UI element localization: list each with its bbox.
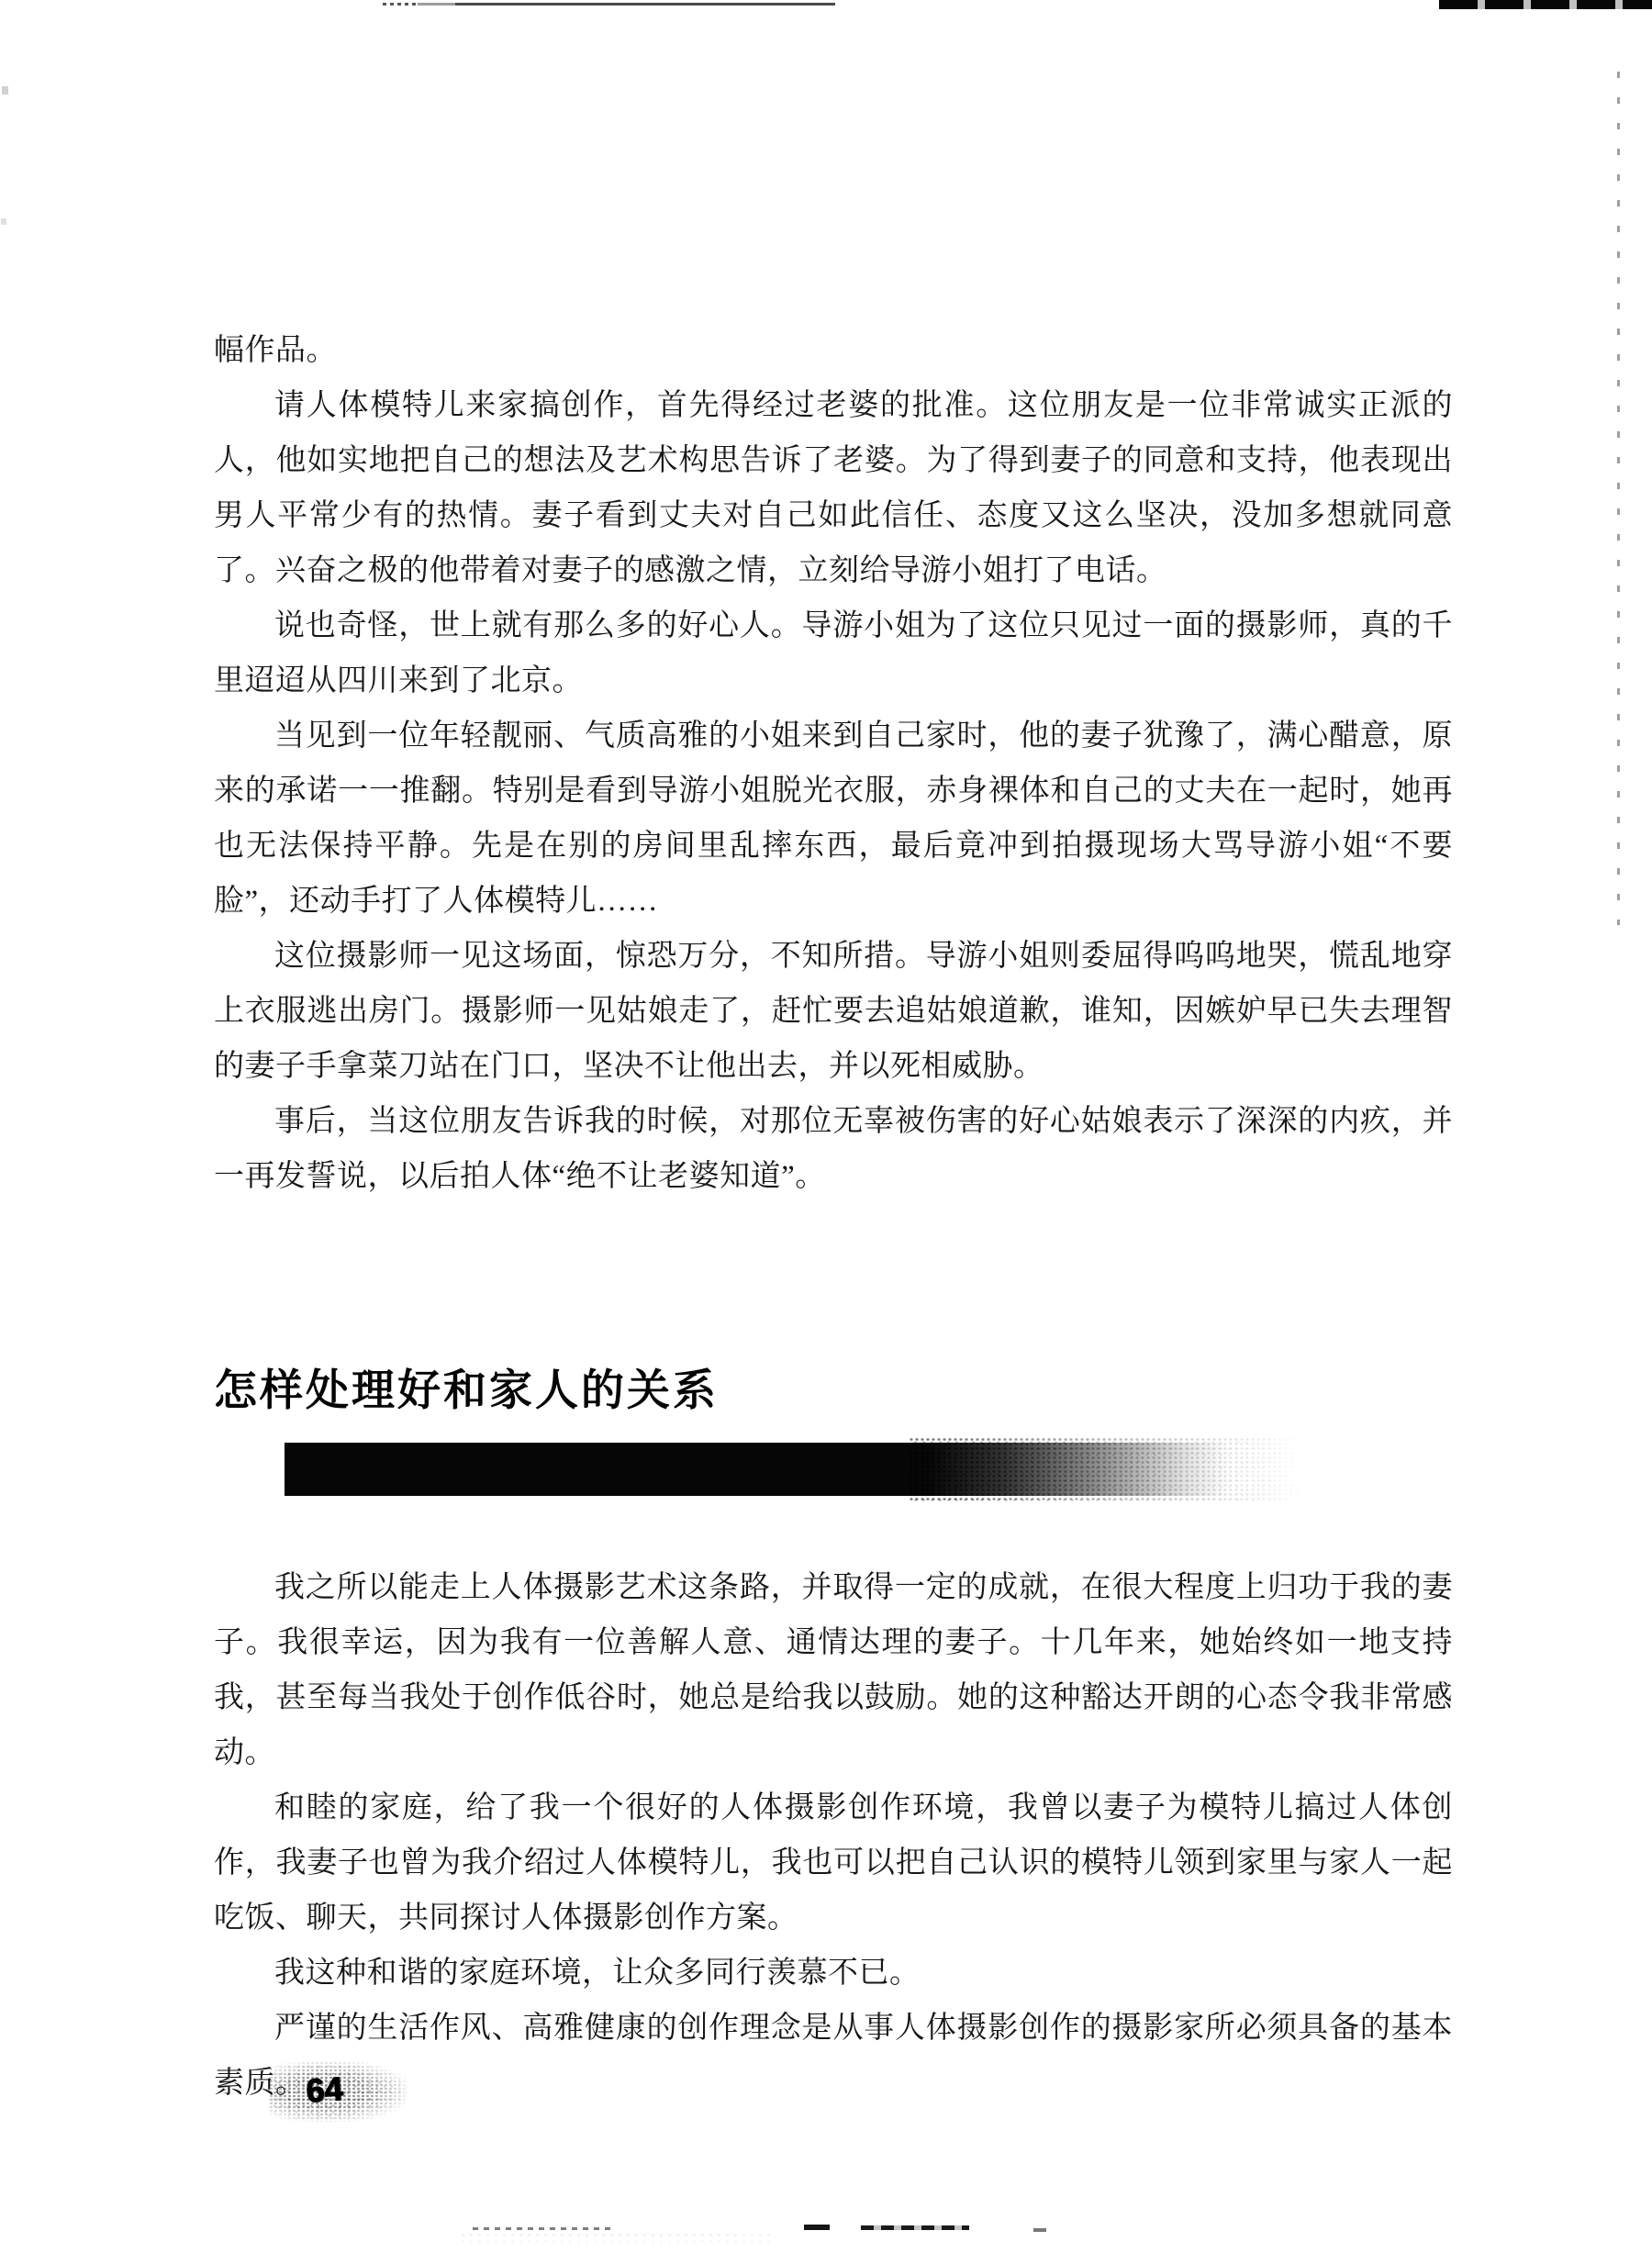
section-heading: 怎样处理好和家人的关系	[214, 1356, 719, 1418]
body-paragraph: 幅作品。	[214, 323, 1453, 378]
scan-artifact-bottom-dash	[804, 2225, 830, 2230]
body-text-bottom: 我之所以能走上人体摄影艺术这条路，并取得一定的成就，在很大程度上归功于我的妻子。…	[214, 1560, 1453, 2111]
body-paragraph: 事后，当这位朋友告诉我的时候，对那位无辜被伤害的好心姑娘表示了深深的内疚，并一再…	[214, 1094, 1453, 1204]
body-paragraph: 和睦的家庭，给了我一个很好的人体摄影创作环境，我曾以妻子为模特儿搞过人体创作，我…	[214, 1780, 1453, 1946]
body-paragraph: 我之所以能走上人体摄影艺术这条路，并取得一定的成就，在很大程度上归功于我的妻子。…	[214, 1560, 1453, 1780]
scan-artifact-speck	[1033, 2228, 1046, 2232]
body-paragraph: 说也奇怪，世上就有那么多的好心人。导游小姐为了这位只见过一面的摄影师，真的千里迢…	[214, 598, 1453, 708]
scan-artifact-top-right-line	[1439, 0, 1652, 9]
page-number-smudge: 64	[269, 2061, 407, 2122]
scan-artifact-speck	[1, 218, 6, 225]
body-paragraph: 请人体模特儿来家搞创作，首先得经过老婆的批准。这位朋友是一位非常诚实正派的人，他…	[214, 378, 1453, 598]
ink-smear-speckle	[909, 1437, 1324, 1501]
body-text-top: 幅作品。 请人体模特儿来家搞创作，首先得经过老婆的批准。这位朋友是一位非常诚实正…	[214, 323, 1453, 1204]
body-paragraph: 当见到一位年轻靓丽、气质高雅的小姐来到自己家时，他的妻子犹豫了，满心醋意，原来的…	[214, 708, 1453, 929]
scan-artifact-top-line	[418, 3, 835, 6]
scan-artifact-bottom-dots	[473, 2227, 612, 2230]
ink-smear-bar	[285, 1443, 1230, 1496]
scanned-page: 幅作品。 请人体模特儿来家搞创作，首先得经过老婆的批准。这位朋友是一位非常诚实正…	[0, 0, 1652, 2253]
body-paragraph: 这位摄影师一见这场面，惊恐万分，不知所措。导游小姐则委屈得呜呜地哭，慌乱地穿上衣…	[214, 929, 1453, 1094]
body-paragraph: 我这种和谐的家庭环境，让众多同行羡慕不已。	[214, 1946, 1453, 2001]
scan-artifact-right-dashes	[1617, 72, 1620, 925]
scan-artifact-haze	[459, 2232, 771, 2252]
page-number: 64	[305, 2069, 344, 2111]
scan-artifact-speck	[2, 86, 8, 95]
scan-artifact-bottom-dots	[861, 2225, 969, 2230]
